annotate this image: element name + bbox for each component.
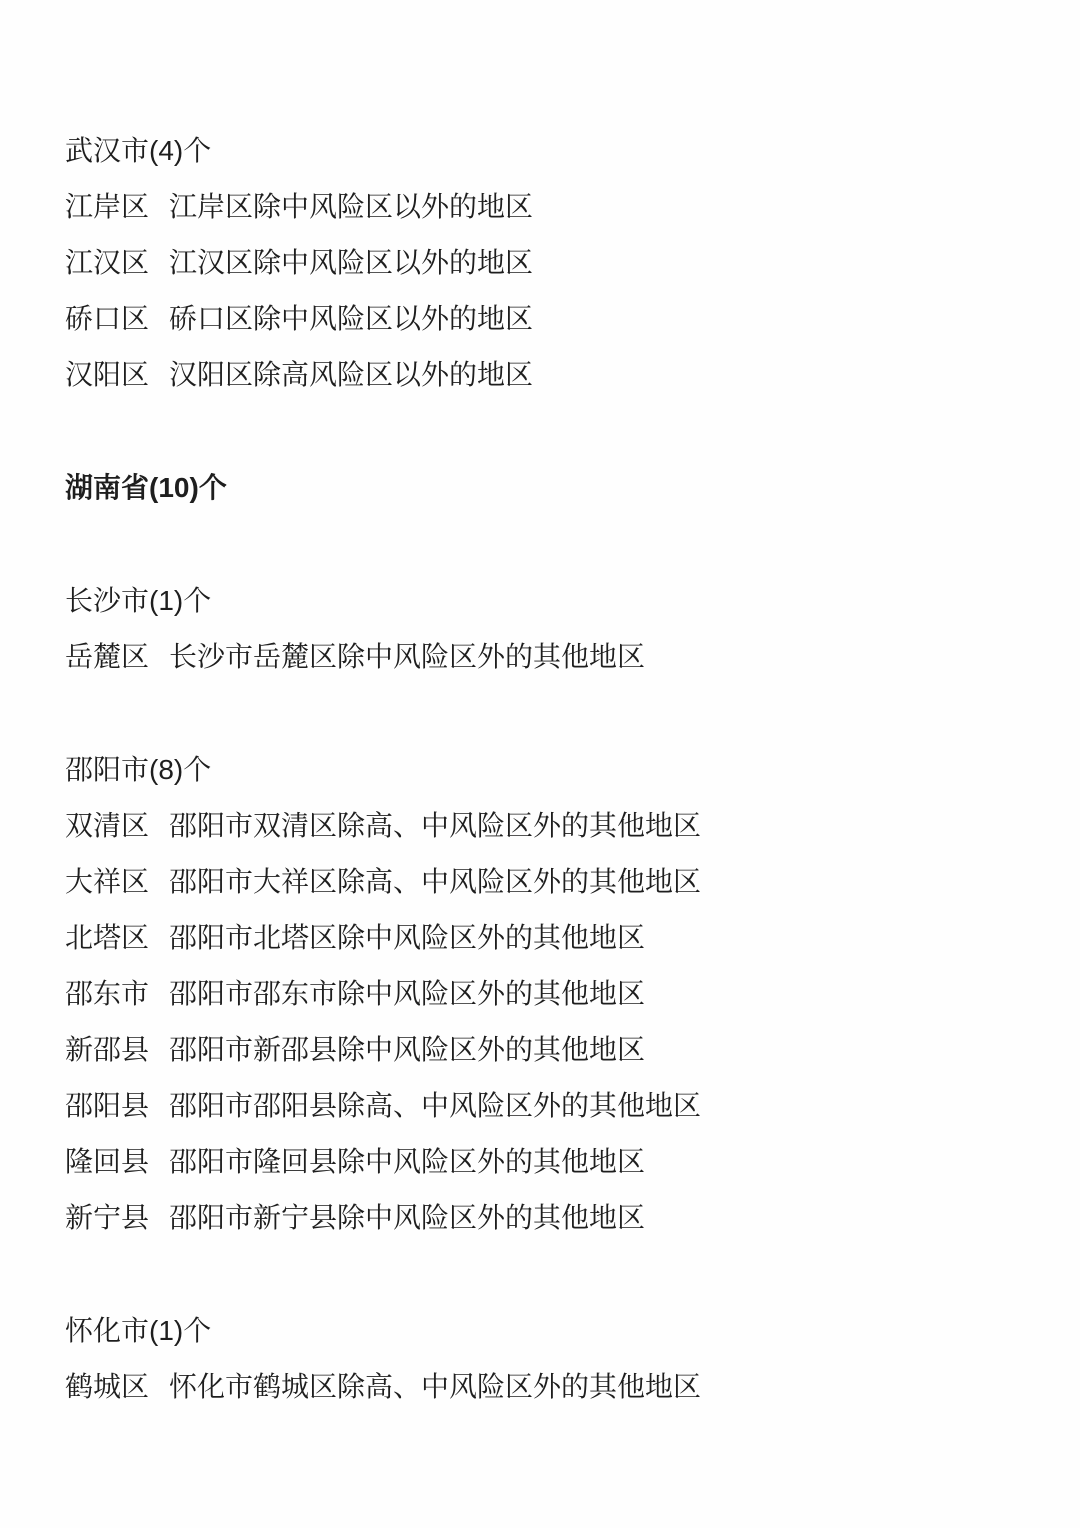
city-count: (8) xyxy=(149,754,183,785)
province-count-suffix: 个 xyxy=(199,473,227,504)
entry-row: 大祥区邵阳市大祥区除高、中风险区外的其他地区 xyxy=(65,855,1040,911)
district-name: 邵东市 xyxy=(65,967,149,1023)
district-description: 邵阳市双清区除高、中风险区外的其他地区 xyxy=(169,811,701,842)
district-description: 邵阳市邵阳县除高、中风险区外的其他地区 xyxy=(169,1091,701,1122)
entry-row: 双清区邵阳市双清区除高、中风险区外的其他地区 xyxy=(65,799,1040,855)
entry-row: 隆回县邵阳市隆回县除中风险区外的其他地区 xyxy=(65,1135,1040,1191)
section-header: 怀化市(1)个 xyxy=(65,1303,1040,1360)
city-name: 长沙市 xyxy=(65,586,149,617)
district-description: 江岸区除中风险区以外的地区 xyxy=(169,192,533,223)
district-description: 长沙市岳麓区除中风险区外的其他地区 xyxy=(169,642,645,673)
entry-row: 北塔区邵阳市北塔区除中风险区外的其他地区 xyxy=(65,911,1040,967)
district-name: 新邵县 xyxy=(65,1023,149,1079)
section-changsha: 长沙市(1)个 岳麓区长沙市岳麓区除中风险区外的其他地区 xyxy=(65,573,1040,686)
section-wuhan: 武汉市(4)个 江岸区江岸区除中风险区以外的地区 江汉区江汉区除中风险区以外的地… xyxy=(65,123,1040,404)
section-header: 长沙市(1)个 xyxy=(65,573,1040,630)
section-header: 武汉市(4)个 xyxy=(65,123,1040,180)
section-hunan-province: 湖南省(10)个 xyxy=(65,460,1040,517)
document-page: 武汉市(4)个 江岸区江岸区除中风险区以外的地区 江汉区江汉区除中风险区以外的地… xyxy=(0,0,1080,1528)
entry-row: 邵东市邵阳市邵东市除中风险区外的其他地区 xyxy=(65,967,1040,1023)
district-description: 邵阳市新宁县除中风险区外的其他地区 xyxy=(169,1203,645,1234)
city-count-suffix: 个 xyxy=(183,586,211,617)
district-description: 邵阳市大祥区除高、中风险区外的其他地区 xyxy=(169,867,701,898)
section-shaoyang: 邵阳市(8)个 双清区邵阳市双清区除高、中风险区外的其他地区 大祥区邵阳市大祥区… xyxy=(65,742,1040,1247)
entry-row: 岳麓区长沙市岳麓区除中风险区外的其他地区 xyxy=(65,630,1040,686)
entry-row: 新邵县邵阳市新邵县除中风险区外的其他地区 xyxy=(65,1023,1040,1079)
city-count: (4) xyxy=(149,135,183,166)
city-name: 怀化市 xyxy=(65,1316,149,1347)
district-description: 江汉区除中风险区以外的地区 xyxy=(169,248,533,279)
district-description: 怀化市鹤城区除高、中风险区外的其他地区 xyxy=(169,1372,701,1403)
entry-row: 鹤城区怀化市鹤城区除高、中风险区外的其他地区 xyxy=(65,1360,1040,1416)
city-count-suffix: 个 xyxy=(183,136,211,167)
district-description: 邵阳市邵东市除中风险区外的其他地区 xyxy=(169,979,645,1010)
district-name: 江汉区 xyxy=(65,236,149,292)
city-count: (1) xyxy=(149,585,183,616)
district-description: 硚口区除中风险区以外的地区 xyxy=(169,304,533,335)
entry-row: 江汉区江汉区除中风险区以外的地区 xyxy=(65,236,1040,292)
entry-row: 邵阳县邵阳市邵阳县除高、中风险区外的其他地区 xyxy=(65,1079,1040,1135)
district-name: 北塔区 xyxy=(65,911,149,967)
district-name: 江岸区 xyxy=(65,180,149,236)
entry-row: 新宁县邵阳市新宁县除中风险区外的其他地区 xyxy=(65,1191,1040,1247)
district-name: 新宁县 xyxy=(65,1191,149,1247)
city-count-suffix: 个 xyxy=(183,1316,211,1347)
district-name: 大祥区 xyxy=(65,855,149,911)
district-description: 邵阳市隆回县除中风险区外的其他地区 xyxy=(169,1147,645,1178)
district-name: 硚口区 xyxy=(65,292,149,348)
section-huaihua: 怀化市(1)个 鹤城区怀化市鹤城区除高、中风险区外的其他地区 xyxy=(65,1303,1040,1416)
province-name: 湖南省 xyxy=(65,473,149,504)
entry-row: 江岸区江岸区除中风险区以外的地区 xyxy=(65,180,1040,236)
city-count: (1) xyxy=(149,1315,183,1346)
section-header: 邵阳市(8)个 xyxy=(65,742,1040,799)
city-name: 邵阳市 xyxy=(65,755,149,786)
district-name: 邵阳县 xyxy=(65,1079,149,1135)
district-name: 双清区 xyxy=(65,799,149,855)
district-name: 岳麓区 xyxy=(65,630,149,686)
district-name: 鹤城区 xyxy=(65,1360,149,1416)
province-count: (10) xyxy=(149,472,199,503)
district-description: 汉阳区除高风险区以外的地区 xyxy=(169,360,533,391)
district-name: 汉阳区 xyxy=(65,348,149,404)
district-name: 隆回县 xyxy=(65,1135,149,1191)
district-description: 邵阳市新邵县除中风险区外的其他地区 xyxy=(169,1035,645,1066)
section-header: 湖南省(10)个 xyxy=(65,460,1040,517)
city-count-suffix: 个 xyxy=(183,755,211,786)
district-description: 邵阳市北塔区除中风险区外的其他地区 xyxy=(169,923,645,954)
city-name: 武汉市 xyxy=(65,136,149,167)
entry-row: 汉阳区汉阳区除高风险区以外的地区 xyxy=(65,348,1040,404)
entry-row: 硚口区硚口区除中风险区以外的地区 xyxy=(65,292,1040,348)
